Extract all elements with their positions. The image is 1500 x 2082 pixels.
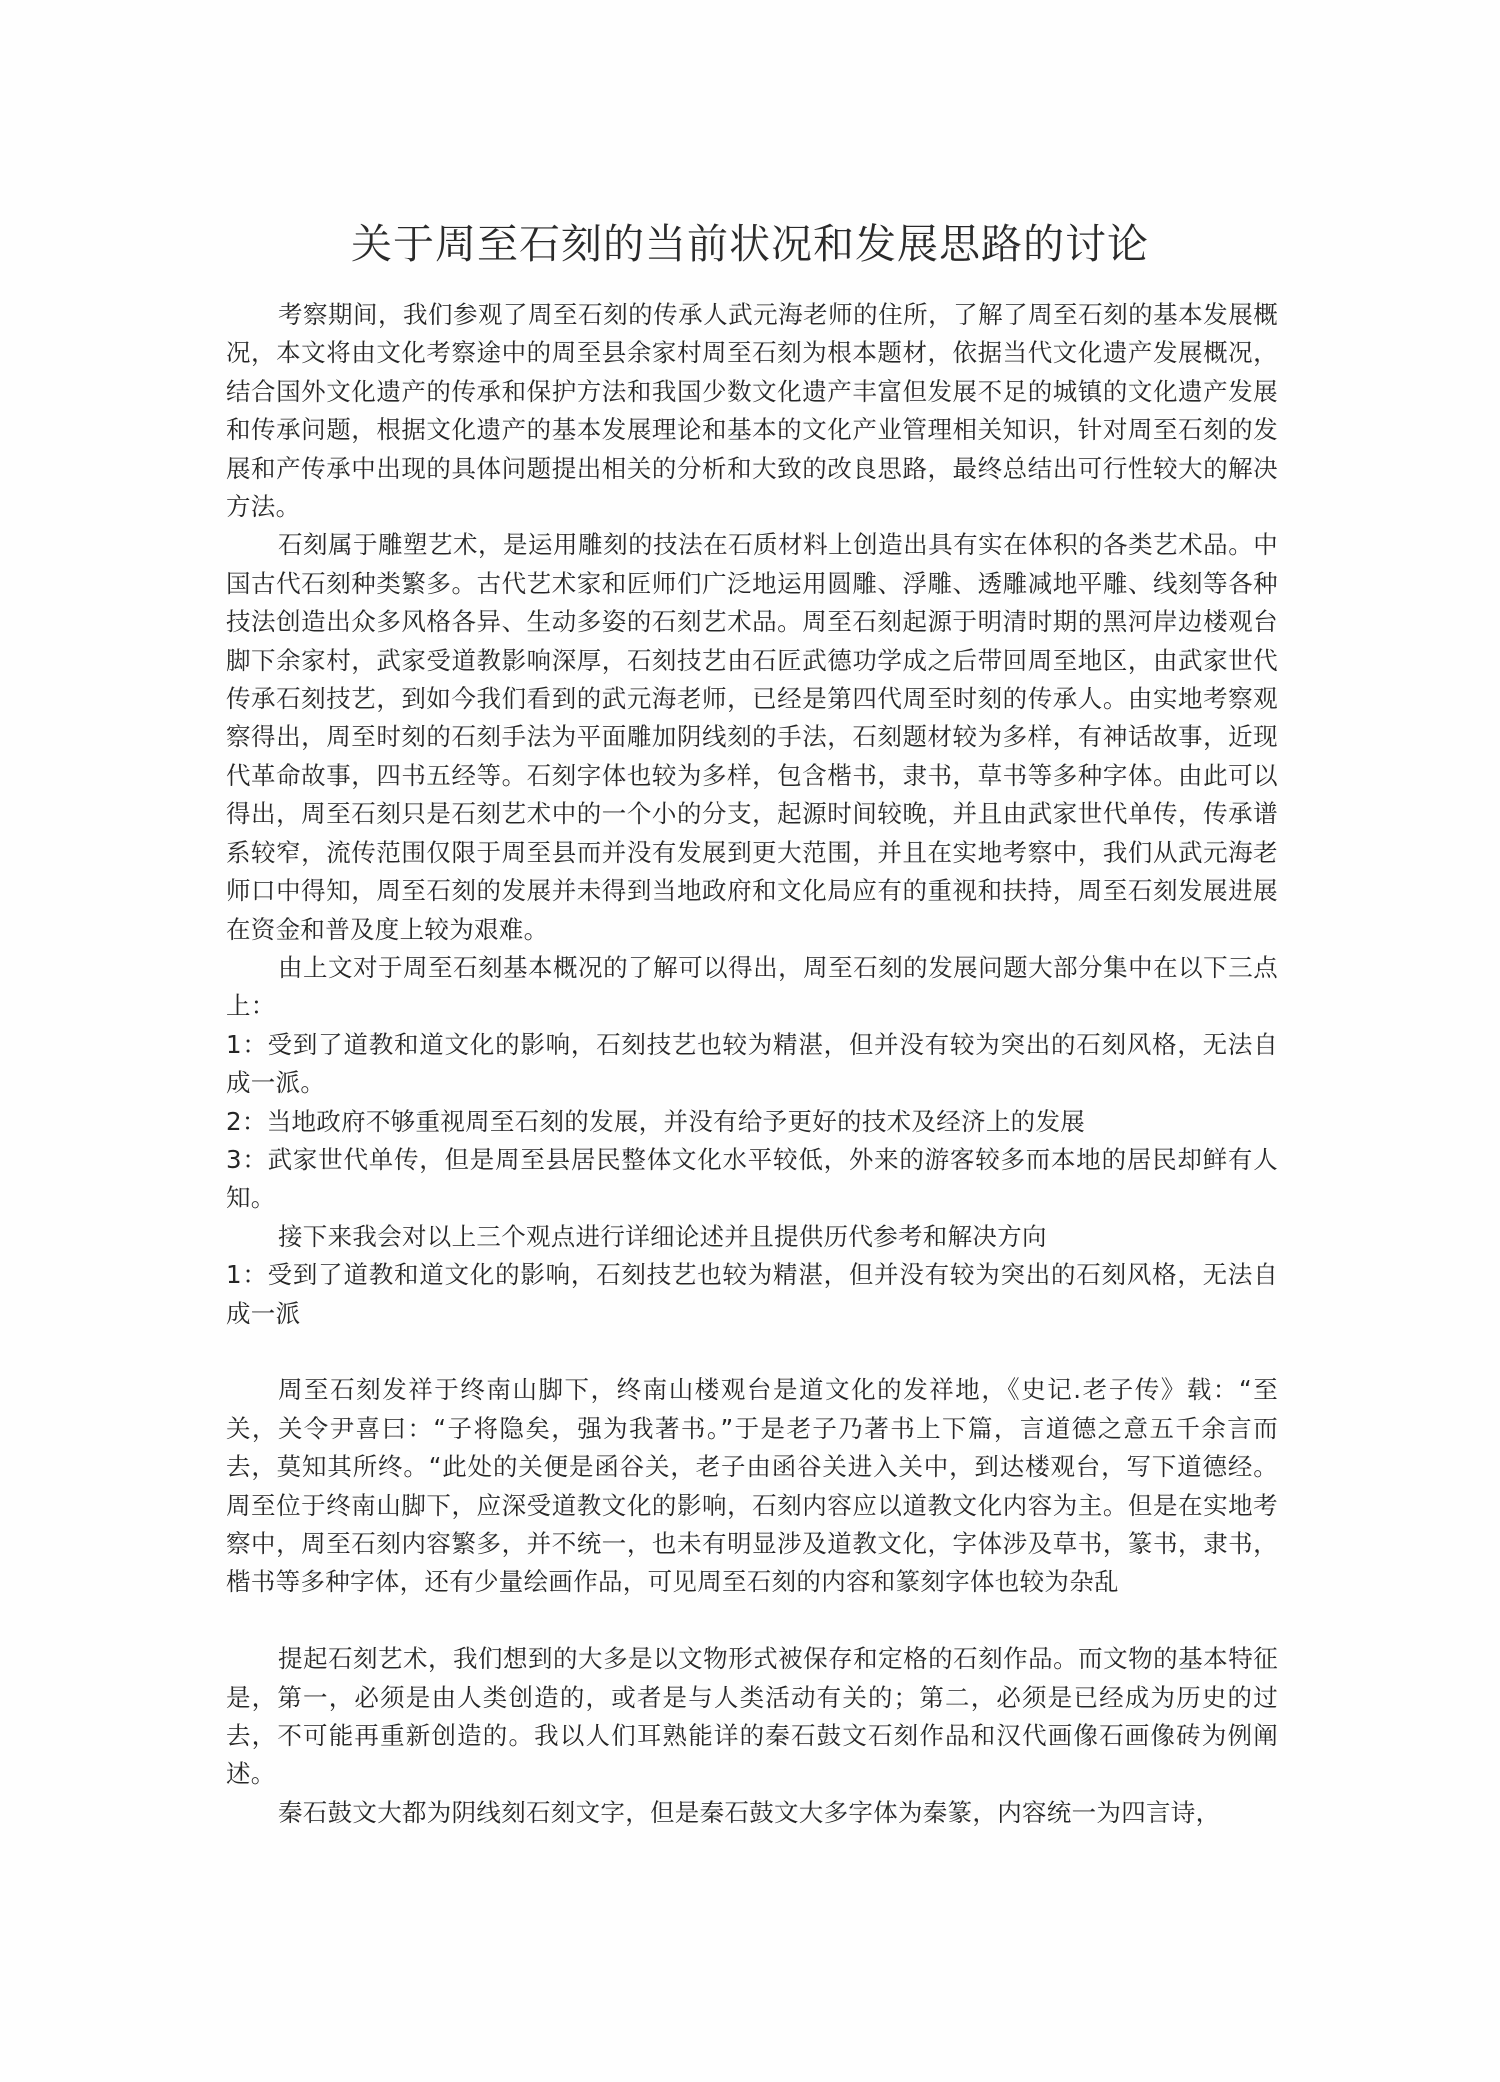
document-page: 关于周至石刻的当前状况和发展思路的讨论 考察期间，我们参观了周至石刻的传承人武元… bbox=[0, 0, 1500, 2082]
document-body: 考察期间，我们参观了周至石刻的传承人武元海老师的住所，了解了周至石刻的基本发展概… bbox=[226, 296, 1278, 1832]
paragraph-cultural-relics: 提起石刻艺术，我们想到的大多是以文物形式被保存和定格的石刻作品。而文物的基本特征… bbox=[226, 1640, 1278, 1794]
paragraph-intro: 考察期间，我们参观了周至石刻的传承人武元海老师的住所，了解了周至石刻的基本发展概… bbox=[226, 296, 1278, 526]
paragraph-problems-lead: 由上文对于周至石刻基本概况的了解可以得出，周至石刻的发展问题大部分集中在以下三点… bbox=[226, 949, 1278, 1026]
paragraph-taoism: 周至石刻发祥于终南山脚下，终南山楼观台是道文化的发祥地，《史记.老子传》载：“至… bbox=[226, 1371, 1278, 1601]
list-item-problem-3: 3：武家世代单传，但是周至县居民整体文化水平较低，外来的游客较多而本地的居民却鲜… bbox=[226, 1141, 1278, 1218]
paragraph-qin-stone-drum: 秦石鼓文大都为阴线刻石刻文字，但是秦石鼓文大多字体为秦篆，内容统一为四言诗， bbox=[226, 1794, 1278, 1832]
paragraph-stone-carving-overview: 石刻属于雕塑艺术，是运用雕刻的技法在石质材料上创造出具有实在体积的各类艺术品。中… bbox=[226, 526, 1278, 948]
list-item-problem-1: 1：受到了道教和道文化的影响，石刻技艺也较为精湛，但并没有较为突出的石刻风格，无… bbox=[226, 1026, 1278, 1103]
paragraph-discussion-lead: 接下来我会对以上三个观点进行详细论述并且提供历代参考和解决方向 bbox=[226, 1218, 1278, 1256]
blank-line bbox=[226, 1333, 1278, 1371]
list-item-problem-2: 2：当地政府不够重视周至石刻的发展，并没有给予更好的技术及经济上的发展 bbox=[226, 1103, 1278, 1141]
section-heading-1: 1：受到了道教和道文化的影响，石刻技艺也较为精湛，但并没有较为突出的石刻风格，无… bbox=[226, 1256, 1278, 1333]
blank-line bbox=[226, 1602, 1278, 1640]
document-title: 关于周至石刻的当前状况和发展思路的讨论 bbox=[0, 219, 1500, 269]
